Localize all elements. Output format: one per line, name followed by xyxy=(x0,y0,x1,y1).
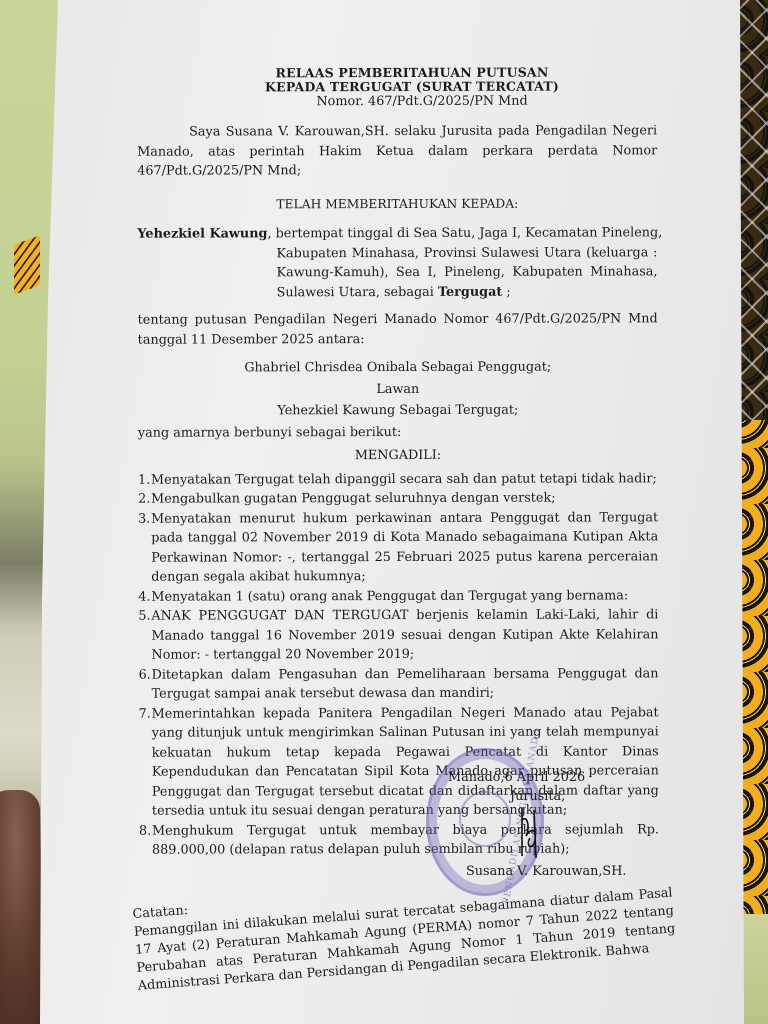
verdict-intro: yang amarnya berbunyi sebagai berikut: xyxy=(138,422,658,443)
place-date: Manado,6 April 2026 xyxy=(448,768,648,787)
verdict-item: 1.Menyatakan Tergugat telah dipanggil se… xyxy=(138,469,658,490)
verdict-item-number: 7. xyxy=(139,704,152,821)
verdict-item-text: ANAK PENGGUGAT DAN TERGUGAT berjenis kel… xyxy=(151,605,658,665)
defendant-line: Yehezkiel Kawung Sebagai Tergugat; xyxy=(138,400,658,421)
notified-heading: TELAH MEMBERITAHUKAN KEPADA: xyxy=(137,194,657,215)
opening-paragraph: Saya Susana V. Karouwan,SH. selaku Jurus… xyxy=(137,121,657,181)
verdict-item: 4.Menyatakan 1 (satu) orang anak Penggug… xyxy=(138,586,658,607)
verdict-item: 8.Menghukum Tergugat untuk membayar biay… xyxy=(139,820,659,860)
verdict-item: 2.Mengabulkan gugatan Penggugat seluruhn… xyxy=(138,488,658,509)
verdict-item-text: Menghukum Tergugat untuk membayar biaya … xyxy=(152,820,659,860)
verdict-item-text: Menyatakan Tergugat telah dipanggil seca… xyxy=(151,469,658,490)
verdict-item-number: 1. xyxy=(138,470,151,490)
verdict-item: 6.Ditetapkan dalam Pengasuhan dan Pemeli… xyxy=(139,664,659,704)
recipient-address: Kabupaten Minahasa, Provinsi Sulawesi Ut… xyxy=(276,243,657,302)
signature-block: Manado,6 April 2026 Jurusita, Susana V. … xyxy=(448,768,648,806)
verdict-item-text: Ditetapkan dalam Pengasuhan dan Pemeliha… xyxy=(152,664,659,704)
verdict-item: 5.ANAK PENGGUGAT DAN TERGUGAT berjenis k… xyxy=(138,605,658,665)
recipient-line: Yehezkiel Kawung, bertempat tinggal di S… xyxy=(137,223,657,244)
verdict-item-number: 6. xyxy=(139,665,152,704)
recipient-role-suffix: ; xyxy=(502,284,510,299)
verdict-item: 3.Menyatakan menurut hukum perkawinan an… xyxy=(138,508,658,587)
verdict-item-text: Mengabulkan gugatan Penggugat seluruhnya… xyxy=(151,488,658,509)
verdict-item-text: Menyatakan menurut hukum perkawinan anta… xyxy=(151,508,658,587)
title-line-2: KEPADA TERGUGAT (SURAT TERCATAT) xyxy=(167,79,657,94)
verdict-item-number: 3. xyxy=(138,509,151,587)
decision-reference: tentang putusan Pengadilan Negeri Manado… xyxy=(138,309,658,349)
recipient-name: Yehezkiel Kawung xyxy=(137,224,267,244)
versus-line: Lawan xyxy=(138,379,658,400)
plaintiff-line: Ghabriel Chrisdea Onibala Sebagai Penggu… xyxy=(138,357,658,378)
verdict-item-number: 2. xyxy=(138,490,151,510)
verdict-heading: MENGADILI: xyxy=(138,445,658,466)
document-title: RELAAS PEMBERITAHUAN PUTUSAN KEPADA TERG… xyxy=(167,65,657,94)
holding-thumb xyxy=(0,790,40,1024)
verdict-item-number: 8. xyxy=(139,821,152,860)
document-body: RELAAS PEMBERITAHUAN PUTUSAN KEPADA TERG… xyxy=(137,65,659,860)
recipient-role: Tergugat xyxy=(438,284,502,299)
handwritten-signature xyxy=(516,800,542,860)
verdict-item-number: 5. xyxy=(138,607,151,666)
verdict-item-text: Menyatakan 1 (satu) orang anak Penggugat… xyxy=(151,586,658,607)
fabric-fragment xyxy=(14,235,40,294)
case-number: Nomor. 467/Pdt.G/2025/PN Mnd xyxy=(187,93,657,109)
verdict-item-number: 4. xyxy=(138,587,151,607)
recipient-address-first: , bertempat tinggal di Sea Satu, Jaga I,… xyxy=(267,223,662,244)
